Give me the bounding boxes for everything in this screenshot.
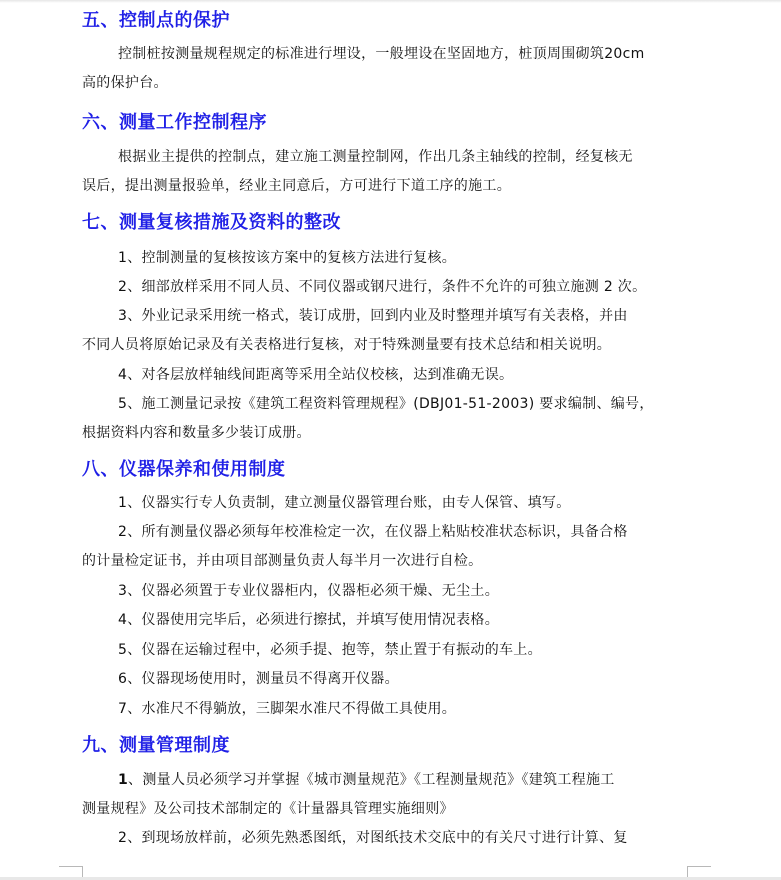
section-heading-6: 六、测量工作控制程序 [82, 108, 267, 134]
list-item: 4、仪器使用完毕后，必须进行擦拭，并填写使用情况表格。 [118, 611, 499, 629]
section-heading-5: 五、控制点的保护 [82, 6, 230, 32]
paragraph-line: 根据业主提供的控制点，建立施工测量控制网，作出几条主轴线的控制，经复核无 [118, 148, 633, 166]
list-item: 1、控制测量的复核按该方案中的复核方法进行复核。 [118, 249, 456, 267]
list-item: 2、细部放样采用不同人员、不同仪器或钢尺进行，条件不允许的可独立施测 2 次。 [118, 278, 646, 296]
list-item: 5、施工测量记录按《建筑工程资料管理规程》(DBJ01-51-2003) 要求编… [118, 395, 654, 413]
section-heading-9: 九、测量管理制度 [82, 731, 230, 757]
list-item: 3、外业记录采用统一格式，装订成册，回到内业及时整理并填写有关表格，并由 [118, 307, 628, 325]
page-margin-marker-left [59, 866, 83, 877]
list-item-text: 、测量人员必须学习并掌握《城市测量规范》《工程测量规范》《建筑工程施工 [128, 772, 615, 788]
list-item-continuation: 测量规程》及公司技术部制定的《计量器具管理实施细则》 [82, 800, 454, 818]
list-item-continuation: 不同人员将原始记录及有关表格进行复核，对于特殊测量要有技术总结和相关说明。 [82, 336, 611, 354]
list-item-continuation: 根据资料内容和数量多少装订成册。 [82, 424, 311, 442]
list-item: 3、仪器必须置于专业仪器柜内，仪器柜必须干燥、无尘土。 [118, 582, 499, 600]
list-item: 5、仪器在运输过程中，必须手提、抱等，禁止置于有振动的车上。 [118, 641, 542, 659]
list-item: 7、水准尺不得躺放，三脚架水准尺不得做工具使用。 [118, 700, 456, 718]
list-item: 2、所有测量仪器必须每年校准检定一次，在仪器上粘贴校准状态标识，具备合格 [118, 523, 628, 541]
list-item: 1、测量人员必须学习并掌握《城市测量规范》《工程测量规范》《建筑工程施工 [118, 771, 615, 789]
list-number: 1 [118, 772, 128, 788]
section-heading-7: 七、测量复核措施及资料的整改 [82, 208, 341, 234]
list-item: 2、到现场放样前，必须先熟悉图纸，对图纸技术交底中的有关尺寸进行计算、复 [118, 829, 628, 847]
page-margin-marker-right [687, 866, 711, 877]
list-item: 6、仪器现场使用时，测量员不得离开仪器。 [118, 670, 399, 688]
top-shadow [0, 0, 781, 3]
list-item: 1、仪器实行专人负责制，建立测量仪器管理台账，由专人保管、填写。 [118, 494, 571, 512]
list-item: 4、对各层放样轴线间距离等采用全站仪校核，达到准确无误。 [118, 366, 513, 384]
paragraph-line: 误后，提出测量报验单，经业主同意后，方可进行下道工序的施工。 [82, 177, 511, 195]
list-item-continuation: 的计量检定证书，并由项目部测量负责人每半月一次进行自检。 [82, 552, 482, 570]
paragraph-line: 高的保护台。 [82, 74, 168, 92]
section-heading-8: 八、仪器保养和使用制度 [82, 455, 286, 481]
paragraph-line: 控制桩按测量规程规定的标准进行埋设，一般埋设在坚固地方，桩顶周围砌筑20cm [118, 45, 645, 63]
